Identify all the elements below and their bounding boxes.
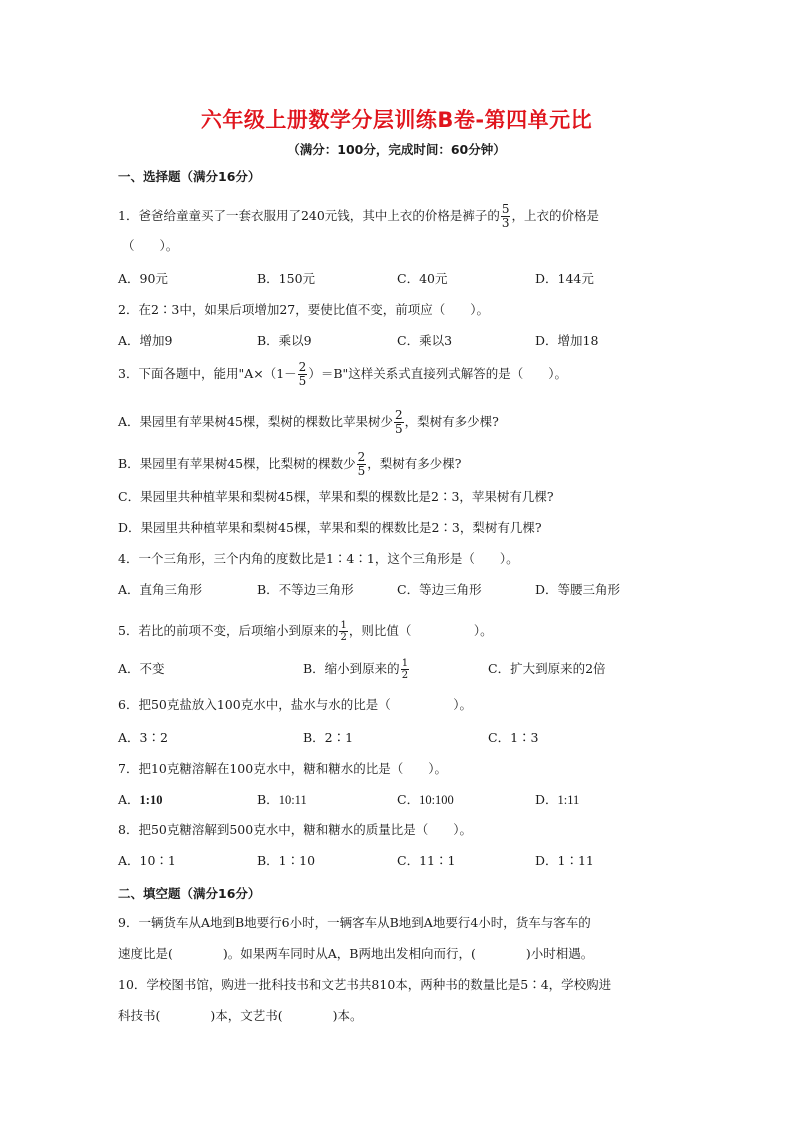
option-7a[interactable]: A．1:10 bbox=[118, 792, 162, 808]
question-1: 1．爸爸给童童买了一套衣服用了240元钱，其中上衣的价格是裤子的53，上衣的价格… bbox=[118, 203, 599, 230]
option-6c[interactable]: C．1∶3 bbox=[488, 730, 538, 746]
fraction: 12 bbox=[401, 658, 409, 681]
question-text: 若比的前项不变，后项缩小到原来的 bbox=[138, 623, 338, 638]
option-6b[interactable]: B．2∶1 bbox=[303, 730, 353, 746]
question-text: 把50克盐放入100克水中，盐水与水的比是（ ）。 bbox=[138, 697, 472, 712]
option-7b[interactable]: B．10:11 bbox=[257, 792, 307, 808]
option-4a[interactable]: A．直角三角形 bbox=[118, 582, 202, 598]
question-1-answer-blank[interactable]: （ ）。 bbox=[122, 238, 178, 254]
exam-page: 六年级上册数学分层训练B卷-第四单元比 （满分：100分，完成时间：60分钟） … bbox=[0, 0, 793, 1122]
question-text: ，上衣的价格是 bbox=[511, 208, 599, 223]
question-text: 下面各题中，能用"A×（1－ bbox=[138, 366, 296, 381]
option-3b[interactable]: B．果园里有苹果树45棵，比梨树的棵数少25，梨树有多少棵? bbox=[118, 451, 461, 478]
question-3: 3．下面各题中，能用"A×（1－25）＝B"这样关系式直接列式解答的是（ ）。 bbox=[118, 361, 567, 388]
fraction: 25 bbox=[298, 361, 308, 388]
question-text: ，则比值（ ）。 bbox=[349, 623, 493, 638]
option-7d[interactable]: D．1:11 bbox=[535, 792, 579, 808]
question-number: 1． bbox=[118, 208, 138, 223]
question-2: 2．在2∶3中，如果后项增加27，要使比值不变，前项应（ ）。 bbox=[118, 302, 489, 318]
question-6: 6．把50克盐放入100克水中，盐水与水的比是（ ）。 bbox=[118, 697, 472, 713]
option-2c[interactable]: C．乘以3 bbox=[397, 333, 452, 349]
option-5b[interactable]: B．缩小到原来的12 bbox=[303, 658, 410, 681]
option-2d[interactable]: D．增加18 bbox=[535, 333, 598, 349]
option-1d[interactable]: D．144元 bbox=[535, 271, 594, 287]
section-heading-choice: 一、选择题（满分16分） bbox=[118, 167, 260, 185]
question-9: 9．一辆货车从A地到B地要行6小时，一辆客车从B地到A地要行4小时，货车与客车的 bbox=[118, 915, 591, 931]
question-number: 4． bbox=[118, 551, 138, 566]
question-number: 3． bbox=[118, 366, 138, 381]
option-2b[interactable]: B．乘以9 bbox=[257, 333, 312, 349]
option-4c[interactable]: C．等边三角形 bbox=[397, 582, 482, 598]
question-text: ）＝B"这样关系式直接列式解答的是（ ）。 bbox=[308, 366, 567, 381]
option-3d[interactable]: D．果园里共种植苹果和梨树45棵，苹果和梨的棵数比是2∶3，梨树有几棵? bbox=[118, 520, 542, 536]
option-1b[interactable]: B．150元 bbox=[257, 271, 315, 287]
page-title: 六年级上册数学分层训练B卷-第四单元比 bbox=[0, 104, 793, 134]
option-5c[interactable]: C．扩大到原来的2倍 bbox=[488, 661, 606, 677]
question-text: 把50克糖溶解到500克水中，糖和糖水的质量比是（ ）。 bbox=[138, 822, 472, 837]
question-text: 把10克糖溶解在100克水中，糖和糖水的比是（ ）。 bbox=[138, 761, 447, 776]
fraction: 12 bbox=[339, 620, 347, 643]
fraction: 25 bbox=[394, 409, 404, 436]
option-7c[interactable]: C．10:100 bbox=[397, 792, 454, 808]
question-4: 4．一个三角形，三个内角的度数比是1∶4∶1，这个三角形是（ ）。 bbox=[118, 551, 519, 567]
question-number: 9． bbox=[118, 915, 138, 930]
question-number: 8． bbox=[118, 822, 138, 837]
fraction: 53 bbox=[501, 203, 511, 230]
option-4d[interactable]: D．等腰三角形 bbox=[535, 582, 620, 598]
page-subtitle: （满分：100分，完成时间：60分钟） bbox=[0, 140, 793, 158]
question-5: 5．若比的前项不变，后项缩小到原来的12，则比值（ ）。 bbox=[118, 620, 493, 643]
fraction: 25 bbox=[357, 451, 367, 478]
question-text: 一个三角形，三个内角的度数比是1∶4∶1，这个三角形是（ ）。 bbox=[138, 551, 518, 566]
question-number: 2． bbox=[118, 302, 138, 317]
option-2a[interactable]: A．增加9 bbox=[118, 333, 172, 349]
question-text: 一辆货车从A地到B地要行6小时，一辆客车从B地到A地要行4小时，货车与客车的 bbox=[138, 915, 590, 930]
question-text: 在2∶3中，如果后项增加27，要使比值不变，前项应（ ）。 bbox=[138, 302, 489, 317]
option-8a[interactable]: A．10∶1 bbox=[118, 853, 176, 869]
question-number: 10． bbox=[118, 977, 146, 992]
option-1c[interactable]: C．40元 bbox=[397, 271, 447, 287]
question-text: 爸爸给童童买了一套衣服用了240元钱，其中上衣的价格是裤子的 bbox=[138, 208, 499, 223]
question-8: 8．把50克糖溶解到500克水中，糖和糖水的质量比是（ ）。 bbox=[118, 822, 472, 838]
question-9-line-2[interactable]: 速度比是( )。如果两车同时从A，B两地出发相向而行，( )小时相遇。 bbox=[118, 946, 593, 962]
option-1a[interactable]: A．90元 bbox=[118, 271, 168, 287]
option-8d[interactable]: D．1∶11 bbox=[535, 853, 594, 869]
option-8c[interactable]: C．11∶1 bbox=[397, 853, 455, 869]
option-3c[interactable]: C．果园里共种植苹果和梨树45棵，苹果和梨的棵数比是2∶3，苹果树有几棵? bbox=[118, 489, 554, 505]
option-6a[interactable]: A．3∶2 bbox=[118, 730, 168, 746]
question-10: 10．学校图书馆，购进一批科技书和文艺书共810本，两种书的数量比是5∶4，学校… bbox=[118, 977, 611, 993]
section-heading-fill-blank: 二、填空题（满分16分） bbox=[118, 884, 260, 902]
question-number: 7． bbox=[118, 761, 138, 776]
question-7: 7．把10克糖溶解在100克水中，糖和糖水的比是（ ）。 bbox=[118, 761, 447, 777]
question-number: 5． bbox=[118, 623, 138, 638]
option-3a[interactable]: A．果园里有苹果树45棵，梨树的棵数比苹果树少25，梨树有多少棵? bbox=[118, 409, 499, 436]
option-8b[interactable]: B．1∶10 bbox=[257, 853, 315, 869]
question-number: 6． bbox=[118, 697, 138, 712]
option-4b[interactable]: B．不等边三角形 bbox=[257, 582, 354, 598]
option-5a[interactable]: A．不变 bbox=[118, 661, 165, 677]
question-10-line-2[interactable]: 科技书( )本，文艺书( )本。 bbox=[118, 1008, 363, 1024]
question-text: 学校图书馆，购进一批科技书和文艺书共810本，两种书的数量比是5∶4，学校购进 bbox=[146, 977, 611, 992]
